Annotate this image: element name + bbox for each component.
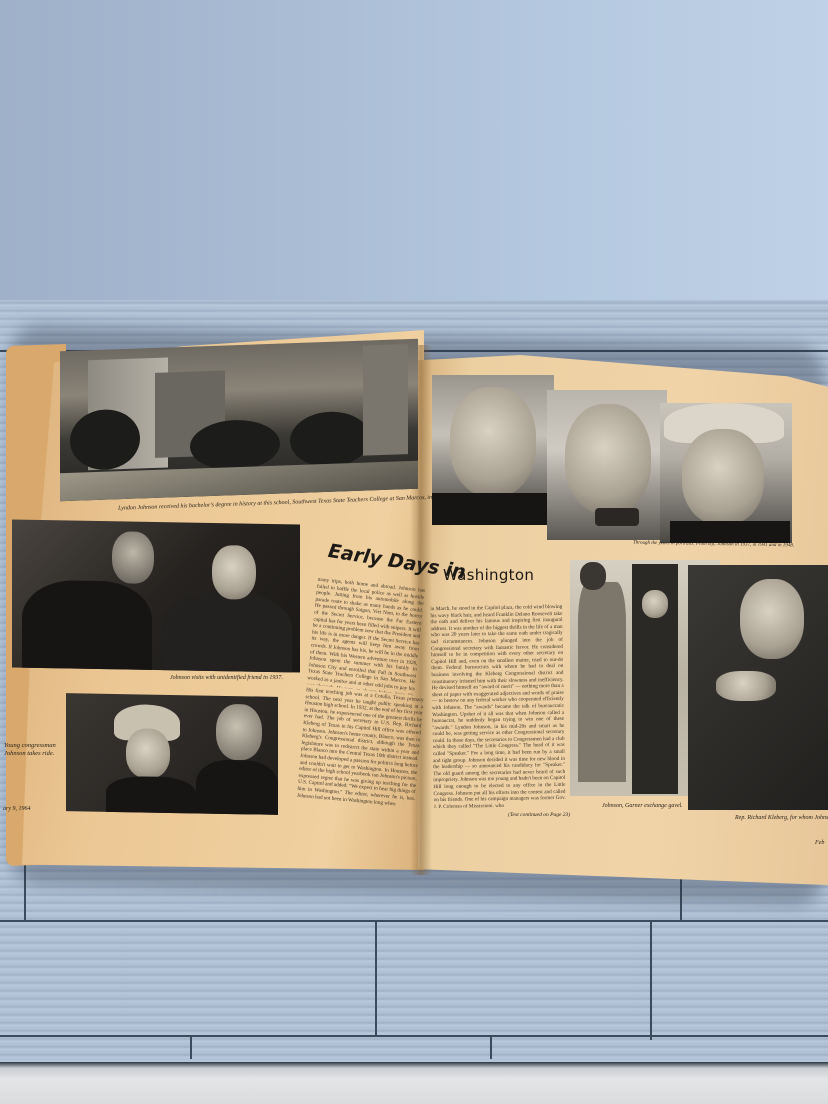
figure-suit: [22, 580, 152, 673]
garner-caption: Johnson, Garner exchange gavel.: [602, 803, 683, 809]
tower-shape: [363, 344, 408, 456]
plank-seam: [0, 920, 828, 922]
left-body-column-2: His first teaching job was at a Cotulla,…: [294, 687, 424, 837]
baseboard: [0, 1062, 828, 1104]
plank-seam: [375, 920, 377, 1035]
figure-face: [565, 404, 651, 514]
figure-suit: [432, 493, 554, 525]
figure-suit: [162, 592, 292, 672]
figure-suit: [196, 759, 278, 814]
campus-photo: [60, 339, 418, 502]
figure-face: [112, 531, 154, 584]
portrait-1941: [547, 390, 667, 540]
figure-suit: [106, 776, 196, 815]
kleberg-caption: Rep. Richard Kleberg, for whom Johnson: [735, 815, 828, 821]
figure-face: [740, 579, 804, 659]
visit-photo-caption: Johnson visits with unidentified friend …: [170, 675, 283, 681]
continued-note: (Text continued on Page 23): [508, 812, 570, 818]
wall-background: [0, 0, 828, 350]
kleberg-photo: [688, 565, 828, 810]
plank-seam: [490, 1037, 492, 1059]
tree-shape: [290, 410, 370, 468]
ride-photo-caption: Young congressman Johnson takes ride.: [4, 742, 64, 758]
hand-shape: [716, 671, 776, 701]
plank-seam: [0, 1035, 828, 1037]
right-page-folio: Feb: [815, 840, 824, 846]
headline-part-2: Washington: [443, 566, 534, 584]
bow-tie: [595, 508, 639, 526]
figure-face: [580, 562, 606, 590]
ride-photo: [66, 693, 278, 815]
figure-face: [450, 387, 536, 497]
portrait-1937: [432, 375, 554, 525]
portrait-1948: [660, 403, 792, 543]
plank-seam: [190, 1037, 192, 1059]
figure-face: [216, 704, 262, 761]
figure-face: [212, 545, 256, 600]
right-body-column: in March, he stood in the Capitol plaza,…: [430, 604, 566, 808]
figure-face: [126, 728, 170, 779]
figure-suit: [670, 521, 790, 543]
left-page-date-folio: ary 9, 1964: [3, 806, 31, 812]
visit-photo: [12, 519, 300, 672]
plank-seam: [650, 920, 652, 1040]
figure-face: [682, 429, 764, 525]
left-body-column-1: many trips, both home and abroad. Johnso…: [307, 577, 426, 696]
figure-suit: [578, 582, 626, 782]
figure-face: [642, 590, 668, 618]
